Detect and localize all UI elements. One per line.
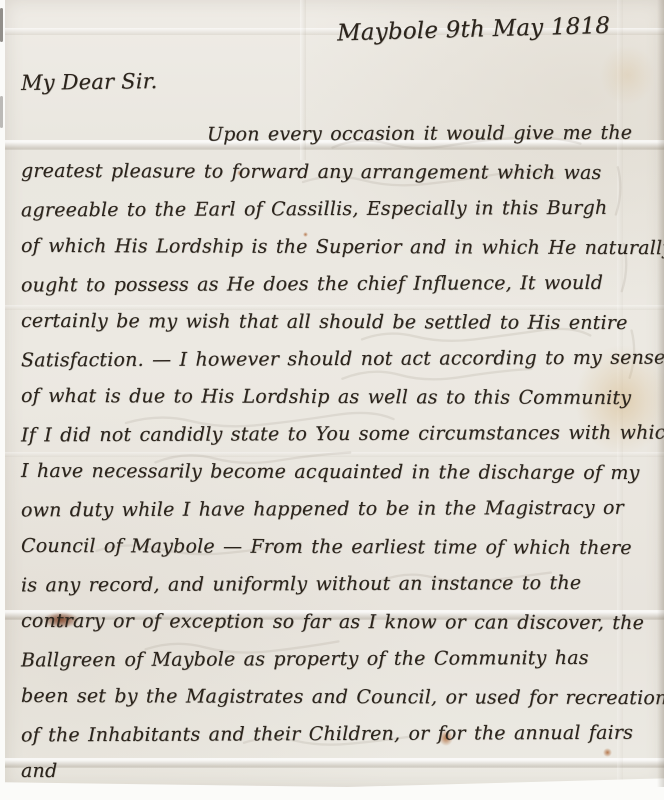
scan-edge-shadow [657,0,664,787]
scan-edge-artifact [0,96,3,128]
letter-line: I have necessarily become acquainted in … [21,452,654,492]
letter-line: is any record, and uniformly without an … [21,565,654,605]
letter-line: contrary or of exception so far as I kno… [21,602,654,642]
letter-line: been set by the Magistrates and Council,… [21,677,654,717]
letter-line: Ballgreen of Maybole as property of the … [21,640,654,680]
scanned-letter-page: Maybole 9th May 1818 My Dear Sir. Upon e… [0,0,664,800]
letter-line: If I did not candidly state to You some … [21,415,654,455]
dateline: Maybole 9th May 1818 [337,12,658,47]
letter-paper: Maybole 9th May 1818 My Dear Sir. Upon e… [5,0,664,787]
catchword: and [21,752,654,792]
letter-line: greatest pleasure to forward any arrange… [21,152,654,192]
letter-line: Satisfaction. — I however should not act… [21,340,654,380]
letter-line: of which His Lordship is the Superior an… [21,227,654,267]
salutation: My Dear Sir. [21,69,158,95]
paper-stain [600,45,655,105]
letter-line: certainly be my wish that all should be … [21,302,654,342]
letter-line: agreeable to the Earl of Cassillis, Espe… [21,190,654,230]
letter-body: Upon every occasion it would give me the… [21,116,654,791]
letter-line: ought to possess as He does the chief In… [21,265,654,305]
letter-line: Upon every occasion it would give me the [21,115,654,155]
letter-line: of the Inhabitants and their Children, o… [21,715,654,755]
scan-edge-artifact [0,8,3,42]
letter-line: Council of Maybole — From the earliest t… [21,527,654,567]
letter-line: of what is due to His Lordship as well a… [21,377,654,417]
letter-line: own duty while I have happened to be in … [21,490,654,530]
